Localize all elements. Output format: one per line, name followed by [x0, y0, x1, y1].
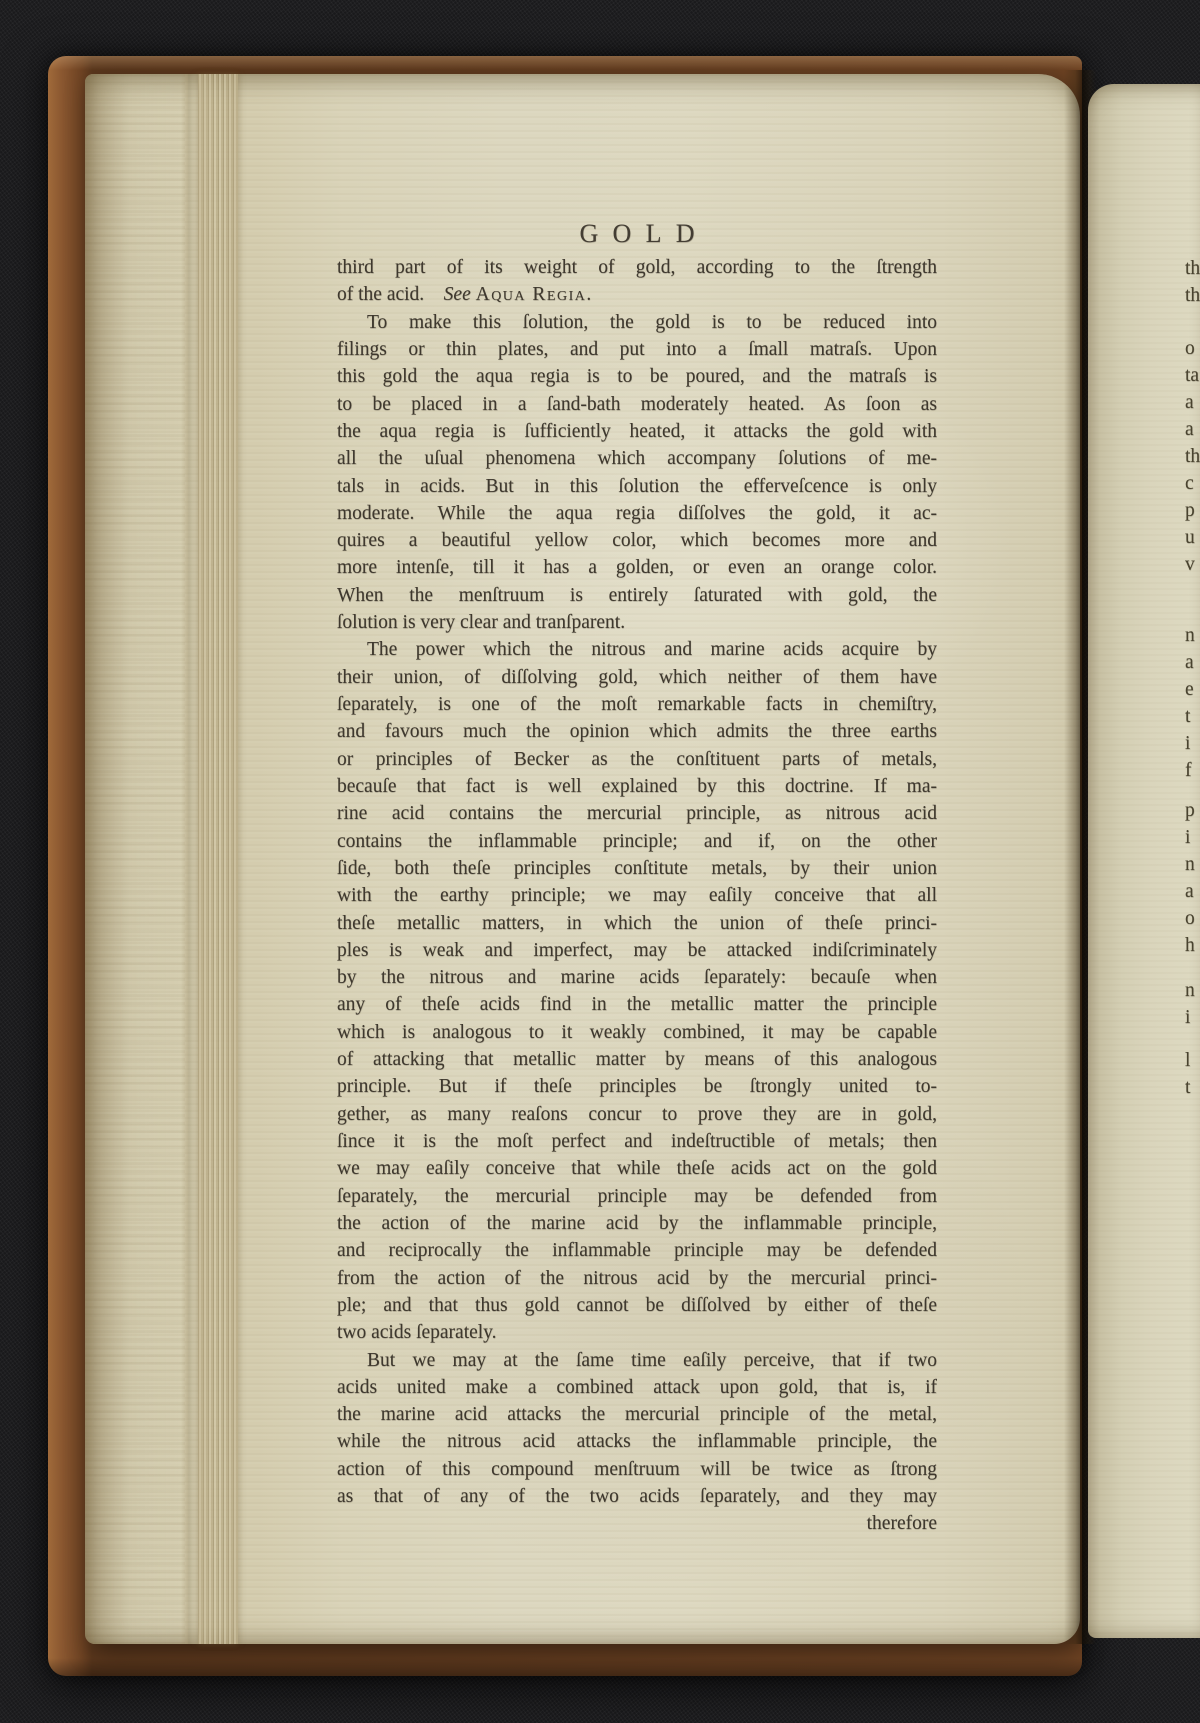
text-line: we may eaſily conceive that while theſe …: [337, 1155, 937, 1182]
text-segment: ſide, both theſe principles conſtitute m…: [337, 858, 937, 879]
facing-page-text-fragment: f: [1185, 760, 1192, 782]
text-line: theſe metallic matters, in which the uni…: [337, 910, 937, 937]
text-line: moderate. While the aqua regia diſſolves…: [337, 500, 937, 527]
text-line: rine acid contains the mercurial princip…: [337, 800, 937, 827]
text-line: while the nitrous acid attacks the infla…: [337, 1428, 937, 1455]
text-line: ſide, both theſe principles conſtitute m…: [337, 855, 937, 882]
text-line: as that of any of the two acids ſeparate…: [337, 1483, 937, 1510]
facing-page-text-fragment: p: [1185, 500, 1195, 522]
text-segment: tals in acids. But in this ſolution the …: [337, 476, 937, 497]
text-segment: acids united make a combined attack upon…: [337, 1377, 937, 1398]
text-line: with the earthy principle; we may eaſily…: [337, 882, 937, 909]
text-line: gether, as many reaſons concur to prove …: [337, 1101, 937, 1128]
text-segment: becauſe that fact is well explained by t…: [337, 776, 937, 797]
facing-page-text-fragment: n: [1185, 980, 1195, 1002]
text-line: the aqua regia is ſufficiently heated, i…: [337, 418, 937, 445]
text-segment: Aqua Regia.: [476, 284, 593, 305]
text-segment: any of theſe acids find in the metallic …: [337, 994, 937, 1015]
text-line: ſince it is the moſt perfect and indeſtr…: [337, 1128, 937, 1155]
facing-page-text-fragment: a: [1185, 419, 1194, 441]
text-segment: contains the inflammable principle; and …: [337, 831, 937, 852]
page-text-lines: third part of its weight of gold, accord…: [337, 254, 937, 1510]
text-segment: all the uſual phenomena which accompany …: [337, 448, 937, 469]
text-line: tals in acids. But in this ſolution the …: [337, 473, 937, 500]
text-line: to be placed in a ſand-bath moderately h…: [337, 391, 937, 418]
text-segment: we may eaſily conceive that while theſe …: [337, 1158, 937, 1179]
text-segment: ple; and that thus gold cannot be diſſol…: [337, 1295, 937, 1316]
text-segment: When the menſtruum is entirely ſaturated…: [337, 585, 937, 606]
text-segment: gether, as many reaſons concur to prove …: [337, 1104, 937, 1125]
facing-page-text-fragment: a: [1185, 652, 1194, 674]
text-segment: by the nitrous and marine acids ſeparate…: [337, 967, 937, 988]
text-line: and reciprocally the inflammable princip…: [337, 1237, 937, 1264]
text-line: ſolution is very clear and tranſparent.: [337, 609, 937, 636]
text-segment: as that of any of the two acids ſeparate…: [337, 1486, 937, 1507]
text-line: The power which the nitrous and marine a…: [337, 636, 937, 663]
text-line: third part of its weight of gold, accord…: [337, 254, 937, 281]
book-page-left: GOLD third part of its weight of gold, a…: [85, 74, 1080, 1644]
text-segment: The power which the nitrous and marine a…: [367, 639, 937, 660]
facing-page-text-fragment: v: [1185, 554, 1195, 576]
text-segment: and favours much the opinion which admit…: [337, 721, 937, 742]
text-line: the marine acid attacks the mercurial pr…: [337, 1401, 937, 1428]
text-segment: the action of the marine acid by the inf…: [337, 1213, 937, 1234]
text-segment: or principles of Becker as the conſtitue…: [337, 749, 937, 770]
facing-page-text-fragment: o: [1185, 338, 1195, 360]
text-line: more intenſe, till it has a golden, or e…: [337, 554, 937, 581]
text-line: two acids ſeparately.: [337, 1319, 937, 1346]
gathered-page-edges: [198, 74, 238, 1644]
facing-page-text-fragment: p: [1185, 800, 1195, 822]
text-segment: principle. But if theſe principles be ſt…: [337, 1076, 937, 1097]
text-segment: while the nitrous acid attacks the infla…: [337, 1431, 937, 1452]
text-line: from the action of the nitrous acid by t…: [337, 1265, 937, 1292]
text-line: of the acid. See Aqua Regia.: [337, 281, 937, 308]
text-segment: But we may at the ſame time eaſily perce…: [367, 1350, 937, 1371]
facing-page-text-fragment: i: [1185, 827, 1190, 849]
text-segment: ſolution is very clear and tranſparent.: [337, 612, 625, 633]
text-line: becauſe that fact is well explained by t…: [337, 773, 937, 800]
facing-page-text-fragment: th: [1185, 258, 1200, 280]
text-line: all the uſual phenomena which accompany …: [337, 445, 937, 472]
text-line: the action of the marine acid by the inf…: [337, 1210, 937, 1237]
facing-page-text-fragment: a: [1185, 881, 1194, 903]
text-segment: ſince it is the moſt perfect and indeſtr…: [337, 1131, 937, 1152]
page-crease: [181, 74, 195, 1644]
text-line: When the menſtruum is entirely ſaturated…: [337, 582, 937, 609]
text-line: action of this compound menſtruum will b…: [337, 1456, 937, 1483]
text-segment: filings or thin plates, and put into a ſ…: [337, 339, 937, 360]
page-header-title: GOLD: [337, 214, 937, 254]
text-segment: rine acid contains the mercurial princip…: [337, 803, 937, 824]
text-line: by the nitrous and marine acids ſeparate…: [337, 964, 937, 991]
text-segment: their union, of diſſolving gold, which n…: [337, 667, 937, 688]
text-line: of attacking that metallic matter by mea…: [337, 1046, 937, 1073]
text-line: ſeparately, is one of the moſt remarkabl…: [337, 691, 937, 718]
text-segment: to be placed in a ſand-bath moderately h…: [337, 394, 937, 415]
text-segment: this gold the aqua regia is to be poured…: [337, 366, 937, 387]
text-segment: ples is weak and imperfect, may be attac…: [337, 940, 937, 961]
text-line: ſeparately, the mercurial principle may …: [337, 1183, 937, 1210]
text-line: principle. But if theſe principles be ſt…: [337, 1073, 937, 1100]
text-line: this gold the aqua regia is to be poured…: [337, 363, 937, 390]
text-segment: moderate. While the aqua regia diſſolves…: [337, 503, 937, 524]
text-segment: the aqua regia is ſufficiently heated, i…: [337, 421, 937, 442]
facing-page-text-fragment: o: [1185, 908, 1195, 930]
text-segment: of the acid.: [337, 284, 444, 305]
book-page-right-partial: ththotaaathcpuvnaetifpinaohnilt: [1088, 84, 1200, 1638]
facing-page-text-fragment: th: [1185, 446, 1200, 468]
facing-page-text-fragment: th: [1185, 285, 1200, 307]
photo-background-fabric: GOLD third part of its weight of gold, a…: [0, 0, 1200, 1723]
facing-page-text-fragment: c: [1185, 473, 1194, 495]
facing-page-text-fragment: n: [1185, 625, 1195, 647]
facing-page-text-fragment: i: [1185, 733, 1190, 755]
text-segment: with the earthy principle; we may eaſily…: [337, 885, 937, 906]
text-line: quires a beautiful yellow color, which b…: [337, 527, 937, 554]
text-line: To make this ſolution, the gold is to be…: [337, 309, 937, 336]
facing-page-text-fragment: l: [1185, 1050, 1190, 1072]
facing-page-text-fragment: ta: [1185, 365, 1199, 387]
facing-page-text-fragment: i: [1185, 1007, 1190, 1029]
text-line: ple; and that thus gold cannot be diſſol…: [337, 1292, 937, 1319]
text-line: any of theſe acids find in the metallic …: [337, 991, 937, 1018]
text-segment: See: [444, 284, 476, 305]
facing-page-text-fragment: e: [1185, 679, 1194, 701]
catchword: therefore: [337, 1510, 937, 1537]
text-segment: the marine acid attacks the mercurial pr…: [337, 1404, 937, 1425]
facing-page-text-fragment: a: [1185, 392, 1194, 414]
text-segment: two acids ſeparately.: [337, 1322, 497, 1343]
text-segment: quires a beautiful yellow color, which b…: [337, 530, 937, 551]
text-line: filings or thin plates, and put into a ſ…: [337, 336, 937, 363]
text-line: which is analogous to it weakly combined…: [337, 1019, 937, 1046]
facing-page-text-fragment: n: [1185, 854, 1195, 876]
text-segment: which is analogous to it weakly combined…: [337, 1022, 937, 1043]
text-line: acids united make a combined attack upon…: [337, 1374, 937, 1401]
text-segment: action of this compound menſtruum will b…: [337, 1459, 937, 1480]
text-segment: ſeparately, the mercurial principle may …: [337, 1186, 937, 1207]
facing-page-text-fragment: t: [1185, 706, 1190, 728]
text-segment: To make this ſolution, the gold is to be…: [367, 312, 937, 333]
page-text: GOLD third part of its weight of gold, a…: [337, 214, 937, 1538]
text-line: and favours much the opinion which admit…: [337, 718, 937, 745]
text-segment: and reciprocally the inflammable princip…: [337, 1240, 937, 1261]
text-line: contains the inflammable principle; and …: [337, 828, 937, 855]
facing-page-text-fragment: h: [1185, 935, 1195, 957]
text-line: or principles of Becker as the conſtitue…: [337, 746, 937, 773]
page-inner-margin-shade: [85, 74, 185, 1644]
text-segment: from the action of the nitrous acid by t…: [337, 1268, 937, 1289]
text-line: their union, of diſſolving gold, which n…: [337, 664, 937, 691]
facing-page-text-fragment: u: [1185, 527, 1195, 549]
text-segment: more intenſe, till it has a golden, or e…: [337, 557, 937, 578]
text-segment: ſeparately, is one of the moſt remarkabl…: [337, 694, 937, 715]
text-segment: third part of its weight of gold, accord…: [337, 257, 937, 278]
text-line: But we may at the ſame time eaſily perce…: [337, 1347, 937, 1374]
text-segment: theſe metallic matters, in which the uni…: [337, 913, 937, 934]
text-line: ples is weak and imperfect, may be attac…: [337, 937, 937, 964]
facing-page-text-fragment: t: [1185, 1077, 1190, 1099]
text-segment: of attacking that metallic matter by mea…: [337, 1049, 937, 1070]
